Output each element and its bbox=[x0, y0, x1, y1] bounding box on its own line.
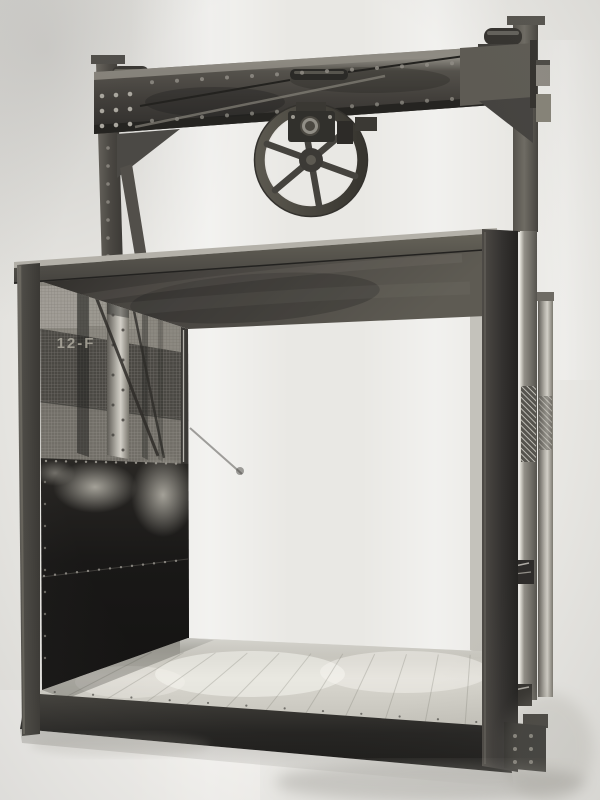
left-shadow bbox=[30, 733, 210, 757]
rail-fitting-lower bbox=[536, 94, 551, 122]
panel-glare bbox=[131, 453, 195, 537]
rod-anchor bbox=[236, 467, 244, 475]
rail-spring-texture bbox=[521, 386, 536, 462]
front-right-post bbox=[482, 229, 518, 772]
rail-fitting-upper bbox=[536, 62, 550, 86]
side-shadow bbox=[503, 693, 593, 800]
wall-mullion bbox=[77, 284, 89, 457]
bearing-bolt bbox=[291, 115, 295, 119]
guide-rail-outer bbox=[538, 297, 553, 697]
beam-end-plate bbox=[530, 40, 537, 108]
right-post-cap bbox=[507, 16, 545, 25]
tie-rod-turnbuckle bbox=[290, 69, 348, 80]
hub-center bbox=[306, 155, 316, 165]
fitting-shadow bbox=[536, 60, 550, 65]
archival-photograph: 12-F bbox=[0, 0, 600, 800]
right-gusset-plate bbox=[460, 43, 534, 106]
bearing-bolt bbox=[328, 115, 332, 119]
beam-clamp-fitting bbox=[355, 117, 377, 131]
outer-rail-cap bbox=[537, 292, 554, 301]
stencil-marking: 12-F bbox=[57, 335, 96, 352]
panel-glare bbox=[35, 460, 75, 486]
bearing-side-fitting bbox=[337, 121, 353, 144]
photo-canvas: 12-F bbox=[0, 0, 600, 800]
left-mesh-wall: 12-F bbox=[35, 278, 196, 693]
guide-rail-inner bbox=[520, 231, 537, 700]
left-post-cap bbox=[91, 55, 125, 64]
rail-spring-texture-2 bbox=[539, 396, 552, 450]
